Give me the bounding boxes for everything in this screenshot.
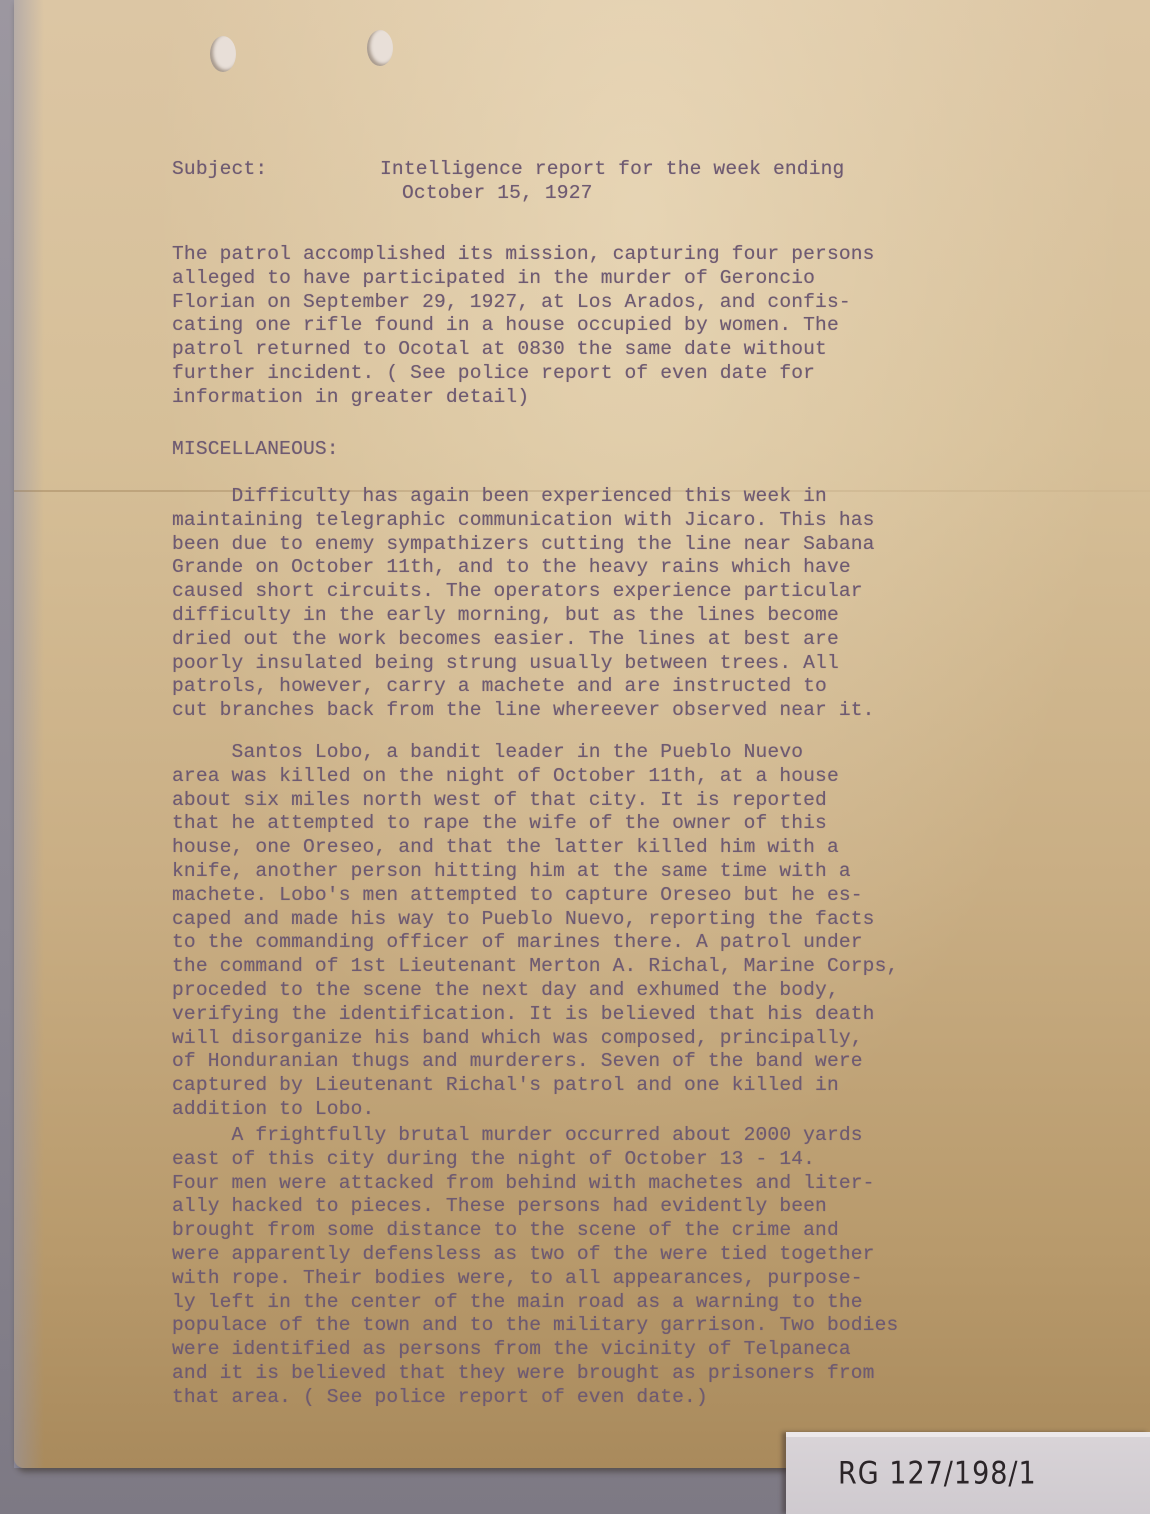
punch-hole-icon — [367, 30, 393, 66]
paragraph-telegraph: Difficulty has again been experienced th… — [172, 485, 875, 723]
text-line: caused short circuits. The operators exp… — [172, 580, 875, 604]
text-line: with rope. Their bodies were, to all app… — [172, 1267, 898, 1291]
archive-reference: RG 127/198/1 — [838, 1456, 1037, 1492]
text-line: addition to Lobo. — [172, 1098, 898, 1122]
subject-date: October 15, 1927 — [402, 182, 593, 206]
text-line: proceded to the scene the next day and e… — [172, 979, 898, 1003]
text-line: about six miles north west of that city.… — [172, 789, 898, 813]
section-heading: MISCELLANEOUS: — [172, 438, 339, 462]
text-line: house, one Oreseo, and that the latter k… — [172, 836, 898, 860]
intro-paragraph: The patrol accomplished its mission, cap… — [172, 243, 875, 410]
paragraph-lobo: Santos Lobo, a bandit leader in the Pueb… — [172, 741, 898, 1122]
subject-label: Subject: — [172, 158, 267, 182]
text-line: were identified as persons from the vici… — [172, 1338, 898, 1362]
text-line: to the commanding officer of marines the… — [172, 931, 898, 955]
text-line: verifying the identification. It is beli… — [172, 1003, 898, 1027]
text-line: and it is believed that they were brough… — [172, 1362, 898, 1386]
text-line: patrols, however, carry a machete and ar… — [172, 675, 875, 699]
paragraph-murder: A frightfully brutal murder occurred abo… — [172, 1124, 898, 1410]
text-line: area was killed on the night of October … — [172, 765, 898, 789]
text-line: Grande on October 11th, and to the heavy… — [172, 556, 875, 580]
text-line: that area. ( See police report of even d… — [172, 1386, 898, 1410]
text-line: of Honduranian thugs and murderers. Seve… — [172, 1050, 898, 1074]
text-line: maintaining telegraphic communication wi… — [172, 509, 875, 533]
text-line: A frightfully brutal murder occurred abo… — [172, 1124, 898, 1148]
text-line: caped and made his way to Pueblo Nuevo, … — [172, 908, 898, 932]
text-line: further incident. ( See police report of… — [172, 362, 875, 386]
text-line: patrol returned to Ocotal at 0830 the sa… — [172, 338, 875, 362]
text-line: ally hacked to pieces. These persons had… — [172, 1195, 898, 1219]
text-line: will disorganize his band which was comp… — [172, 1027, 898, 1051]
text-line: populace of the town and to the military… — [172, 1314, 898, 1338]
text-line: Florian on September 29, 1927, at Los Ar… — [172, 291, 875, 315]
text-line: Santos Lobo, a bandit leader in the Pueb… — [172, 741, 898, 765]
text-line: the command of 1st Lieutenant Merton A. … — [172, 955, 898, 979]
text-line: been due to enemy sympathizers cutting t… — [172, 533, 875, 557]
text-line: poorly insulated being strung usually be… — [172, 652, 875, 676]
text-line: Difficulty has again been experienced th… — [172, 485, 875, 509]
text-line: brought from some distance to the scene … — [172, 1219, 898, 1243]
archive-label-card: RG 127/198/1 — [786, 1432, 1150, 1514]
text-line: information in greater detail) — [172, 386, 875, 410]
text-line: alleged to have participated in the murd… — [172, 267, 875, 291]
text-line: cating one rifle found in a house occupi… — [172, 314, 875, 338]
text-line: machete. Lobo's men attempted to capture… — [172, 884, 898, 908]
text-line: that he attempted to rape the wife of th… — [172, 812, 898, 836]
text-line: were apparently defensless as two of the… — [172, 1243, 898, 1267]
text-line: captured by Lieutenant Richal's patrol a… — [172, 1074, 898, 1098]
text-line: knife, another person hitting him at the… — [172, 860, 898, 884]
text-line: cut branches back from the line whereeve… — [172, 699, 875, 723]
text-line: difficulty in the early morning, but as … — [172, 604, 875, 628]
subject-title: Intelligence report for the week ending — [380, 158, 844, 182]
text-line: ly left in the center of the main road a… — [172, 1291, 898, 1315]
text-line: The patrol accomplished its mission, cap… — [172, 243, 875, 267]
text-line: dried out the work becomes easier. The l… — [172, 628, 875, 652]
punch-hole-icon — [210, 36, 236, 72]
text-line: east of this city during the night of Oc… — [172, 1148, 898, 1172]
text-line: Four men were attacked from behind with … — [172, 1172, 898, 1196]
